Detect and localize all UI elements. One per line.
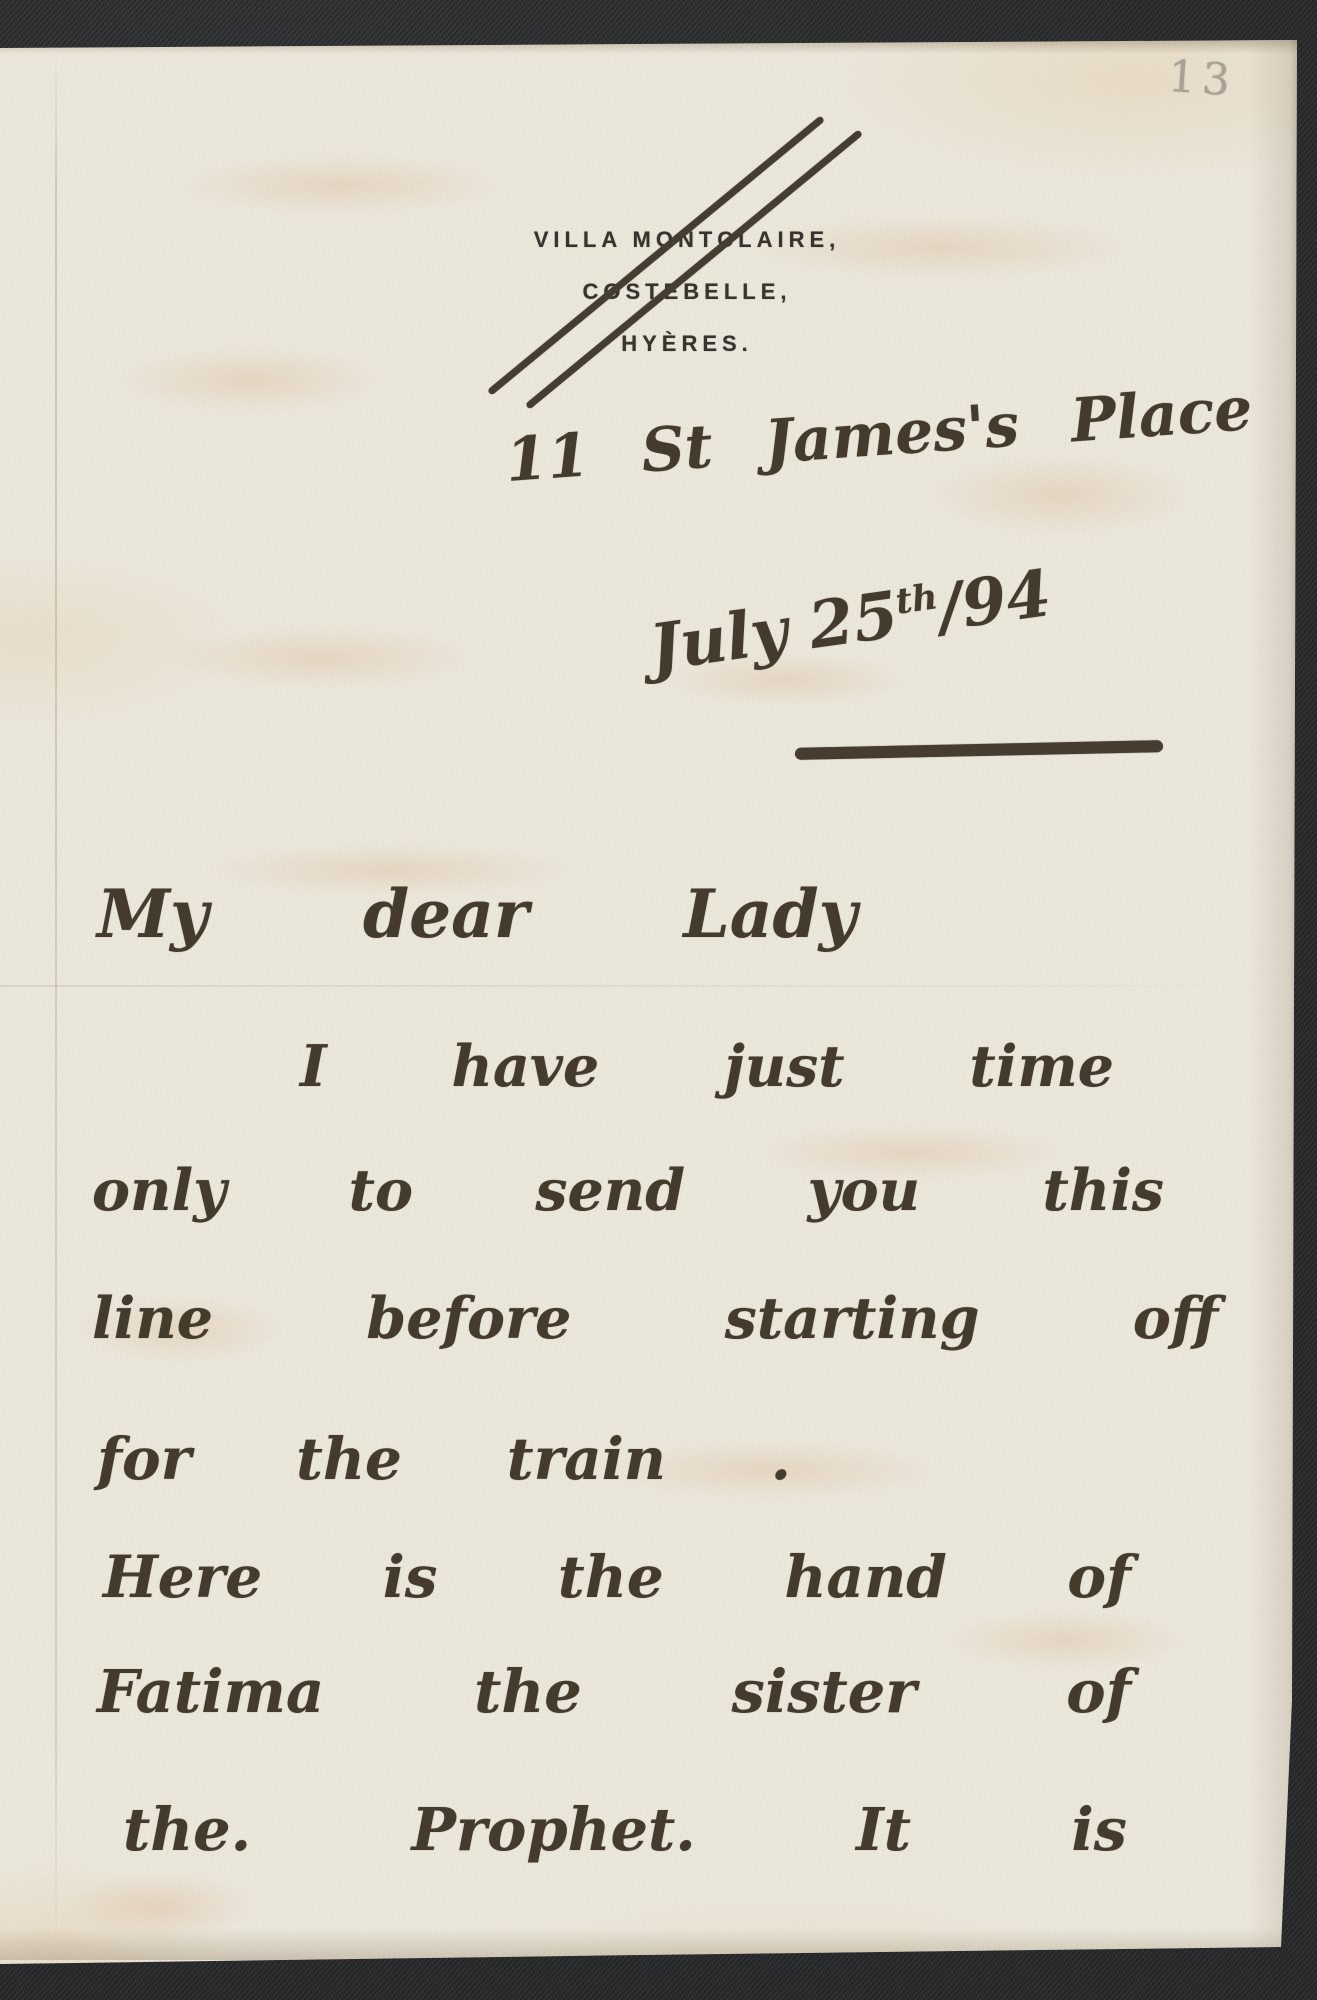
ink-bleed-smudge	[70, 335, 430, 425]
salutation: My dear Lady	[97, 878, 857, 951]
letterhead: VILLA MONTCLAIRE, COSTEBELLE, HYÈRES.	[437, 214, 937, 370]
body-line: for the train .	[97, 1428, 791, 1492]
body-line: the. Prophet. It is	[123, 1798, 1127, 1863]
letterhead-line-villa: VILLA MONTCLAIRE,	[437, 214, 937, 266]
horizontal-fold-crease	[0, 985, 1290, 987]
paper-edge-shadow	[1248, 40, 1297, 1950]
body-line: line before starting off	[92, 1288, 1218, 1351]
body-line: Fatima the sister of	[97, 1660, 1131, 1725]
vertical-fold-crease	[55, 48, 57, 1960]
paper-edge-shadow	[0, 1928, 1292, 1960]
letter-page: VILLA MONTCLAIRE, COSTEBELLE, HYÈRES. 13…	[0, 0, 1317, 2000]
body-line: Here is the hand of	[103, 1546, 1131, 1610]
body-line: I have just time	[300, 1036, 1114, 1099]
ink-bleed-smudge	[120, 145, 560, 225]
date-ordinal-suffix: th	[893, 576, 940, 622]
paper-edge-shadow	[0, 40, 1297, 54]
scanned-letter-photo: VILLA MONTCLAIRE, COSTEBELLE, HYÈRES. 13…	[0, 0, 1317, 2000]
letterhead-line-hyeres: HYÈRES.	[437, 318, 937, 370]
pencil-page-number: 13	[1166, 51, 1259, 108]
ink-bleed-smudge	[110, 615, 530, 700]
body-line: only to send you this	[92, 1160, 1164, 1223]
date-year: /94	[934, 556, 1056, 646]
date-underline-stroke	[795, 740, 1163, 760]
